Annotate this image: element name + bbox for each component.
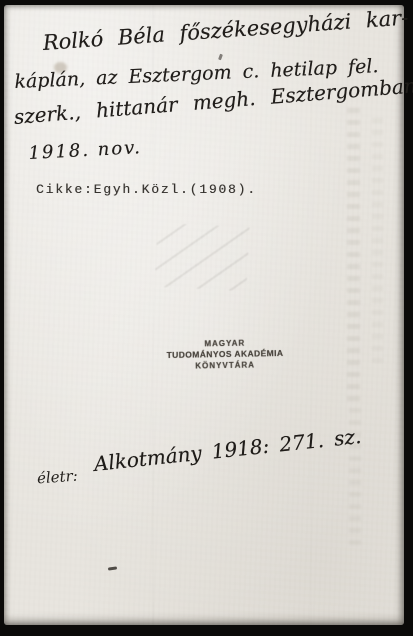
dark-speck [108, 566, 117, 570]
bleed-through-text [372, 115, 383, 365]
handwriting-line-1: Rolkó Béla főszékesegyházi kar- [42, 5, 409, 54]
scanned-catalog-card-page: { "card": { "handwritten_note": { "line1… [0, 0, 413, 636]
typed-citation-line: Cikke:Egyh.Közl.(1908). [36, 182, 257, 197]
library-stamp: MAGYAR TUDOMÁNYOS AKADÉMIA KÖNYVTÁRA [164, 337, 287, 372]
handwriting-line-4: 1918. nov. [28, 137, 142, 164]
catalog-card: Rolkó Béla főszékesegyházi kar- káplán, … [4, 5, 404, 625]
bottom-note-label: életr: [36, 467, 78, 488]
ink-fleck [218, 54, 223, 61]
bleed-through-text [347, 105, 360, 405]
bottom-note-text: Alkotmány 1918: 271. sz. [93, 424, 363, 476]
pencil-hatch-mark [154, 223, 249, 292]
stamp-line-3: KÖNYVTÁRA [164, 359, 286, 372]
